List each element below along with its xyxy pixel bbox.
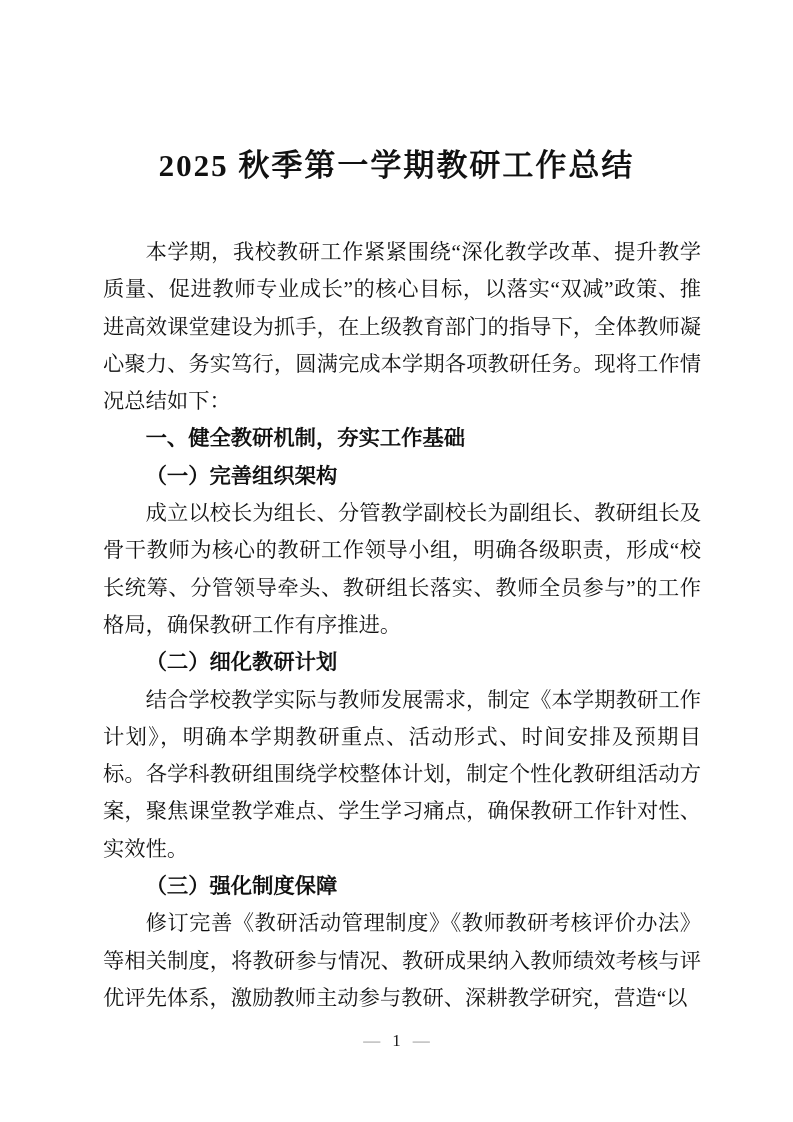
footer-dash-right: —: [413, 1031, 430, 1050]
footer-dash-left: —: [363, 1031, 380, 1050]
document-body: 本学期，我校教研工作紧紧围绕“深化教学改革、提升教学质量、促进教师专业成长”的核…: [103, 234, 701, 1017]
section-heading: （一）完善组织架构: [103, 458, 701, 495]
body-paragraph: 本学期，我校教研工作紧紧围绕“深化教学改革、提升教学质量、促进教师专业成长”的核…: [103, 234, 701, 420]
body-paragraph: 修订完善《教研活动管理制度》《教师教研考核评价办法》等相关制度，将教研参与情况、…: [103, 905, 701, 1017]
section-heading: （三）强化制度保障: [103, 868, 701, 905]
body-paragraph: 结合学校教学实际与教师发展需求，制定《本学期教研工作计划》，明确本学期教研重点、…: [103, 682, 701, 868]
page-footer: —1—: [0, 1030, 793, 1052]
body-paragraph: 成立以校长为组长、分管教学副校长为副组长、教研组长及骨干教师为核心的教研工作领导…: [103, 495, 701, 644]
document-page: 2025 秋季第一学期教研工作总结 本学期，我校教研工作紧紧围绕“深化教学改革、…: [0, 0, 793, 1122]
document-title: 2025 秋季第一学期教研工作总结: [0, 147, 793, 185]
section-heading: 一、健全教研机制，夯实工作基础: [103, 420, 701, 457]
section-heading: （二）细化教研计划: [103, 644, 701, 681]
footer-page-number: 1: [380, 1031, 413, 1050]
